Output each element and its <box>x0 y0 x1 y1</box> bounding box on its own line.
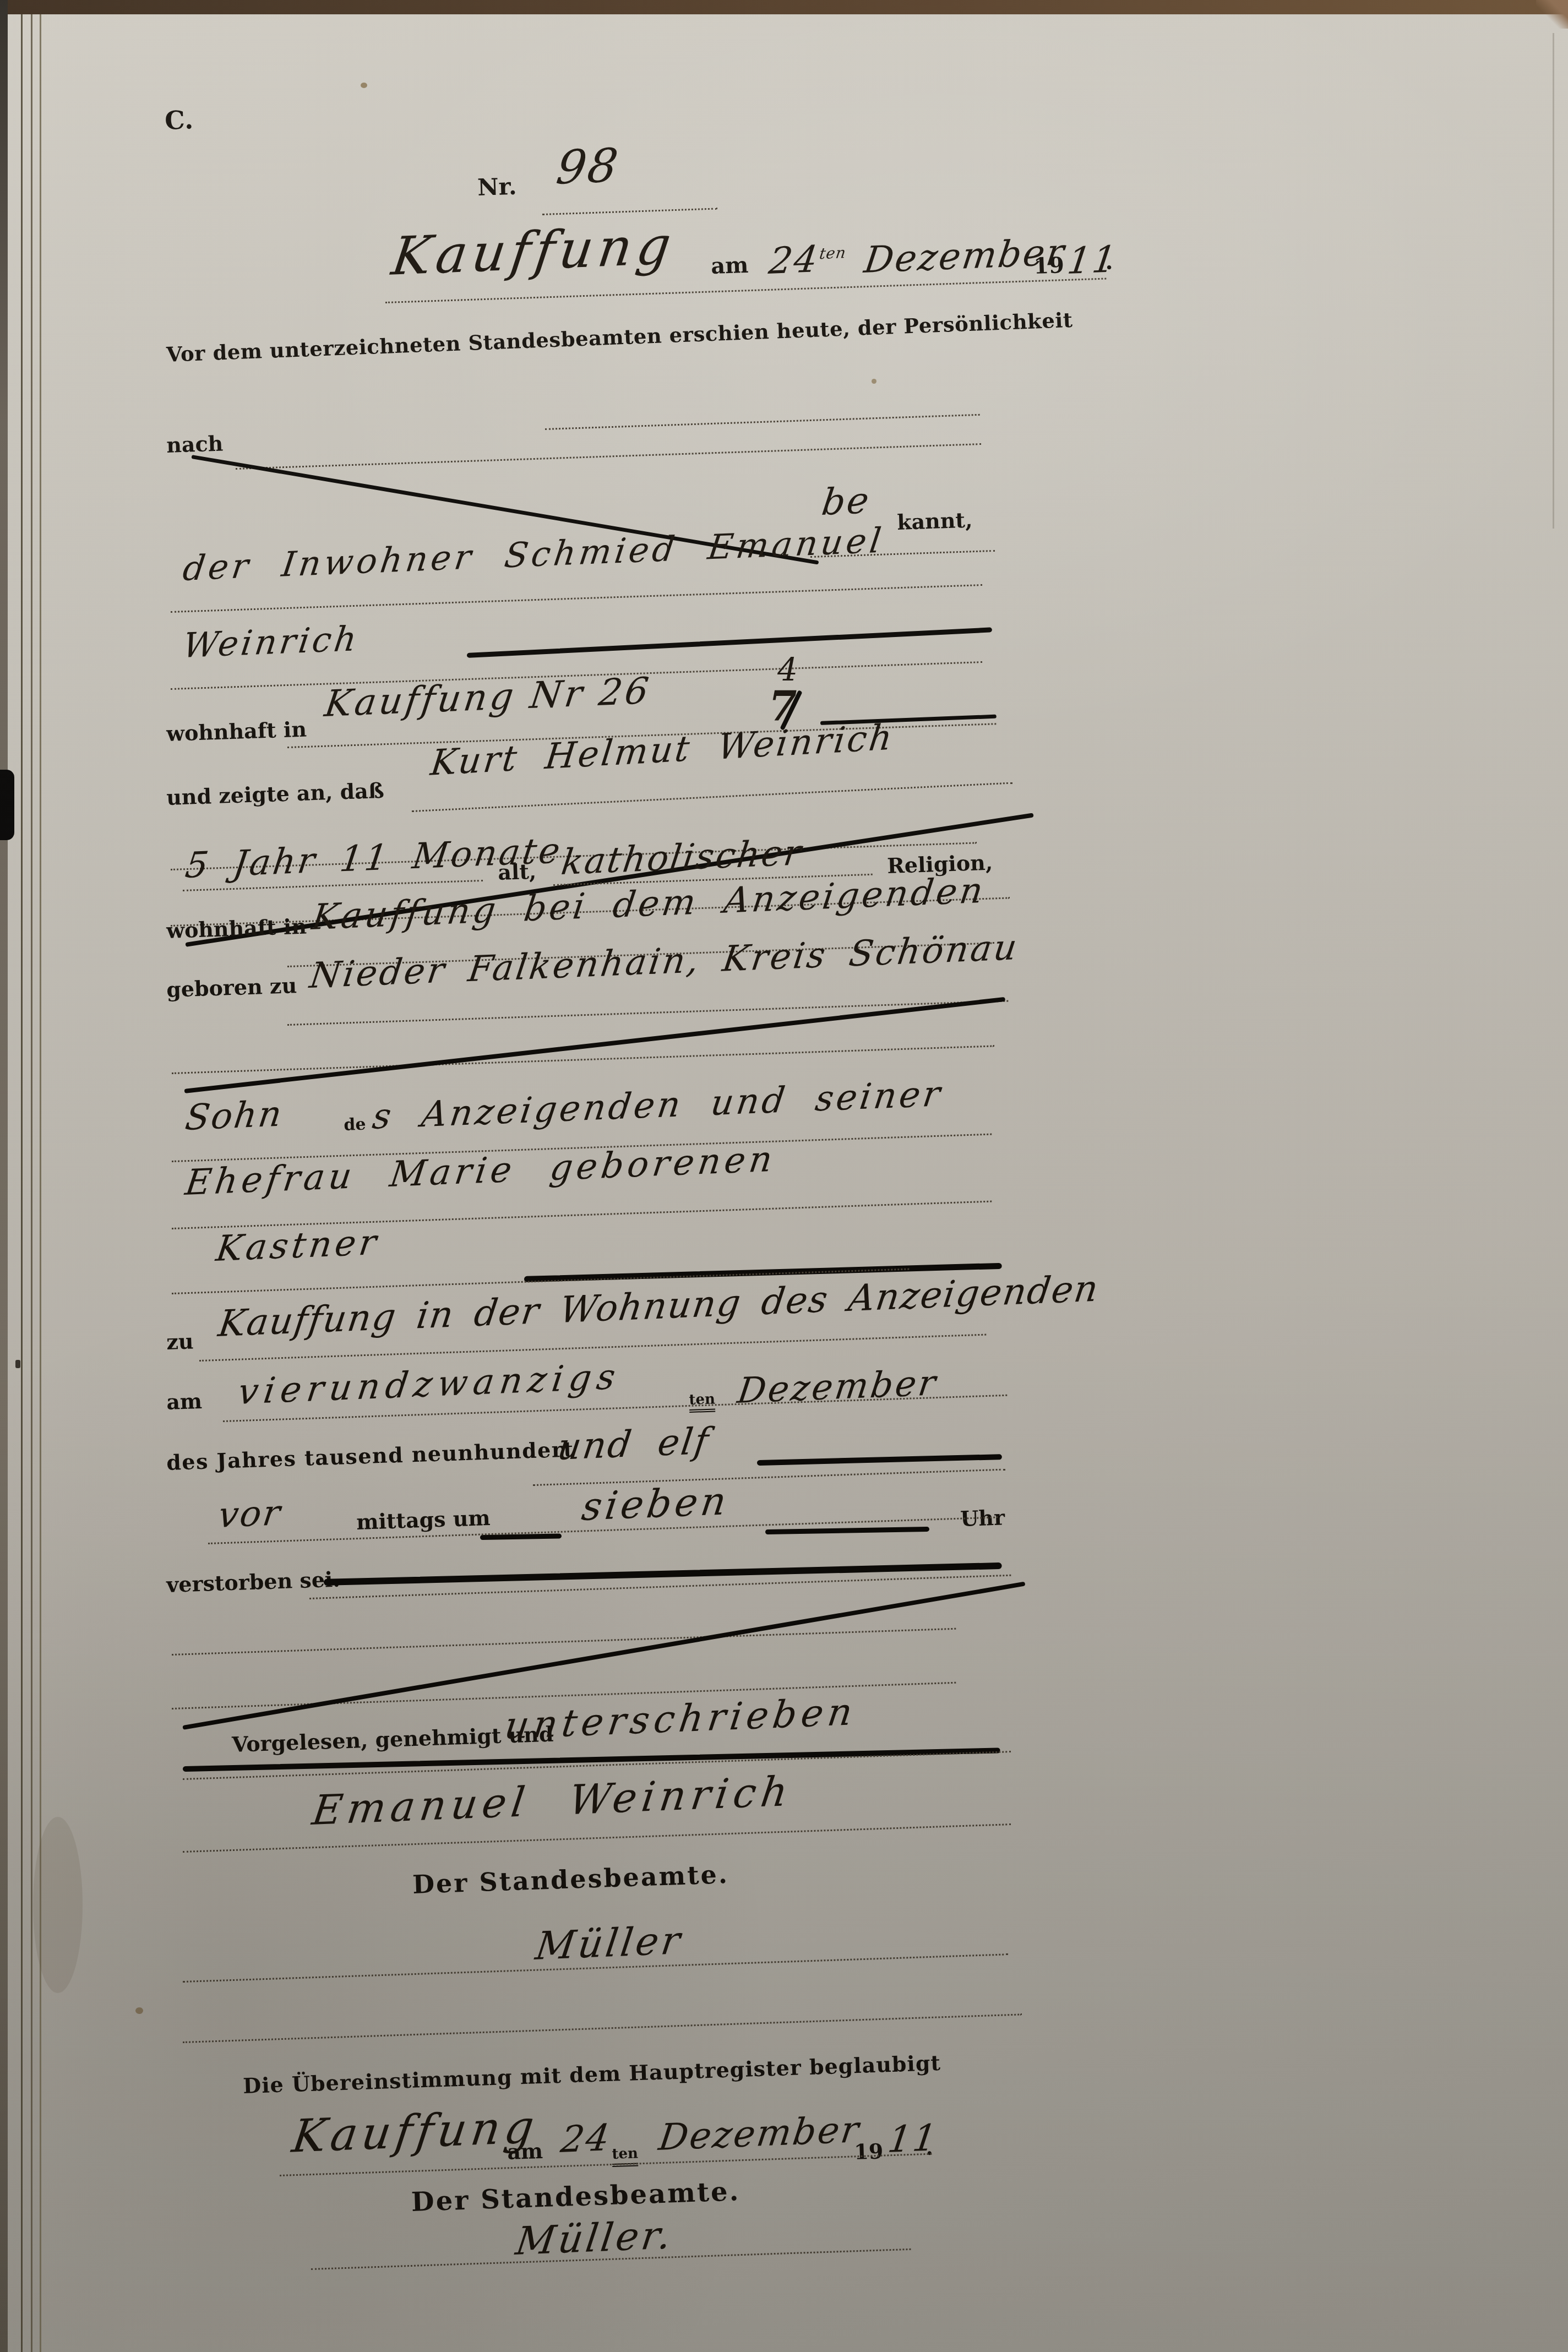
mother-maiden-name: Kastner <box>214 1222 382 1270</box>
page-corner-top-right <box>1536 0 1568 29</box>
page-edge-line-right <box>1553 33 1554 529</box>
mittags-label: mittags um <box>356 1505 491 1534</box>
dotted-line <box>183 1823 1011 1853</box>
registrar-title-2: Der Standesbeamte. <box>411 2176 741 2218</box>
declarant-residence: Kauffung Nr 26 <box>322 669 654 725</box>
deceased-religion: katholischer <box>559 832 805 883</box>
bekannt-handwritten-prefix: be <box>819 479 873 524</box>
dotted-line <box>542 208 717 215</box>
dotted-line <box>183 2013 1022 2043</box>
registrar-title: Der Standesbeamte. <box>412 1859 729 1899</box>
dotted-line-blank <box>172 1045 994 1074</box>
paper-stain <box>135 2007 143 2014</box>
paper-stain <box>361 83 367 88</box>
death-hour-handwritten: sieben <box>579 1478 732 1529</box>
death-day-handwritten: vierundzwanzigs <box>236 1357 623 1413</box>
nach-label: nach <box>166 431 224 458</box>
am-label: am <box>166 1389 203 1414</box>
ink-fill-stroke <box>467 627 992 658</box>
certification-am-label: am <box>507 2138 543 2164</box>
unterschrieben-handwritten: unterschrieben <box>502 1690 859 1748</box>
declarant-signature: Emanuel Weinrich <box>309 1767 796 1834</box>
dateline-day-handwritten: 24ten <box>766 237 848 282</box>
page-letter: C. <box>164 105 194 135</box>
dateline-period: . <box>1104 249 1113 275</box>
page-edge-line <box>21 14 23 2352</box>
ink-blot-left-margin <box>0 770 14 840</box>
sohn-handwritten: Sohn <box>183 1093 286 1139</box>
death-year-handwritten: und elf <box>555 1419 712 1468</box>
deceased-name: Kurt Helmut Weinrich <box>428 717 896 784</box>
dotted-line <box>171 584 982 613</box>
wohnhaft-label: wohnhaft in <box>166 717 307 746</box>
declarant-line1: der Inwohner Schmied Emanuel <box>181 520 887 589</box>
certification-period: . <box>925 2135 934 2160</box>
geboren-label: geboren zu <box>166 973 297 1002</box>
alt-label: alt, <box>498 859 537 885</box>
death-place: Kauffung in der Wohnung des Anzeigenden <box>216 1267 1102 1345</box>
certification-day: 24 <box>558 2116 613 2161</box>
registrar-signature-2: Müller. <box>513 2212 677 2264</box>
ten-label: ten <box>689 1391 716 1413</box>
page-edge-line <box>31 14 32 2352</box>
certification-place: Kauffung <box>289 2101 541 2163</box>
dateline-place-handwritten: Kauffung <box>388 215 679 287</box>
zu-label: zu <box>166 1329 194 1354</box>
paper-stain <box>872 379 876 384</box>
paper-smudge <box>33 1817 83 1993</box>
registrar-signature: Müller <box>533 1918 685 1969</box>
dotted-line <box>545 414 980 430</box>
dotted-line-blank <box>172 1628 956 1656</box>
record-number-value: 98 <box>553 138 623 195</box>
ink-dash <box>765 1527 929 1534</box>
certification-year-printed: 19 <box>854 2138 884 2164</box>
small-mark-left-margin <box>15 1360 20 1368</box>
parents-line2: Ehefrau Marie geborenen <box>183 1139 778 1204</box>
book-cover-top-edge <box>0 0 1568 14</box>
wohnhaft2-label: wohnhaft in <box>166 914 307 943</box>
de-label: de <box>344 1115 366 1135</box>
ink-fill-stroke <box>324 1562 1002 1586</box>
kannt-label: kannt, <box>897 507 973 535</box>
ink-fill-stroke <box>757 1454 1002 1466</box>
dateline-day-suffix: ten <box>818 243 847 263</box>
vor-handwritten: vor <box>216 1493 284 1536</box>
dateline-am-label: am <box>710 252 749 279</box>
book-gutter-shadow <box>0 0 8 2352</box>
intro-line: Vor dem unterzeichneten Standesbeamten e… <box>166 308 1073 367</box>
certification-line: Die Übereinstimmung mit dem Hauptregiste… <box>243 2050 941 2098</box>
anzeige-label: und zeigte an, daß <box>166 778 385 810</box>
dateline-year-printed: 19 <box>1033 252 1064 279</box>
death-month-handwritten: Dezember <box>735 1363 940 1412</box>
declarant-line2: Weinrich <box>181 618 362 666</box>
certification-month: Dezember <box>656 2108 863 2159</box>
death-register-page: C. Nr. 98 Kauffung am 24ten Dezember 19 … <box>0 0 1568 2352</box>
dotted-line <box>236 443 981 470</box>
dateline-day: 24 <box>766 238 821 282</box>
dotted-line <box>412 782 1012 812</box>
page-edge-line <box>40 14 41 2352</box>
year-label: des Jahres tausend neunhundert <box>166 1436 575 1475</box>
record-number-label: Nr. <box>477 173 517 201</box>
deceased-residence: Kauffung bei dem Anzeigenden <box>309 870 988 938</box>
verstorben-label: verstorben sei. <box>166 1567 341 1597</box>
deceased-birthplace: Nieder Falkenhain, Kreis Schönau <box>307 927 1021 997</box>
parents-line1: s Anzeigenden und seiner <box>370 1074 945 1137</box>
